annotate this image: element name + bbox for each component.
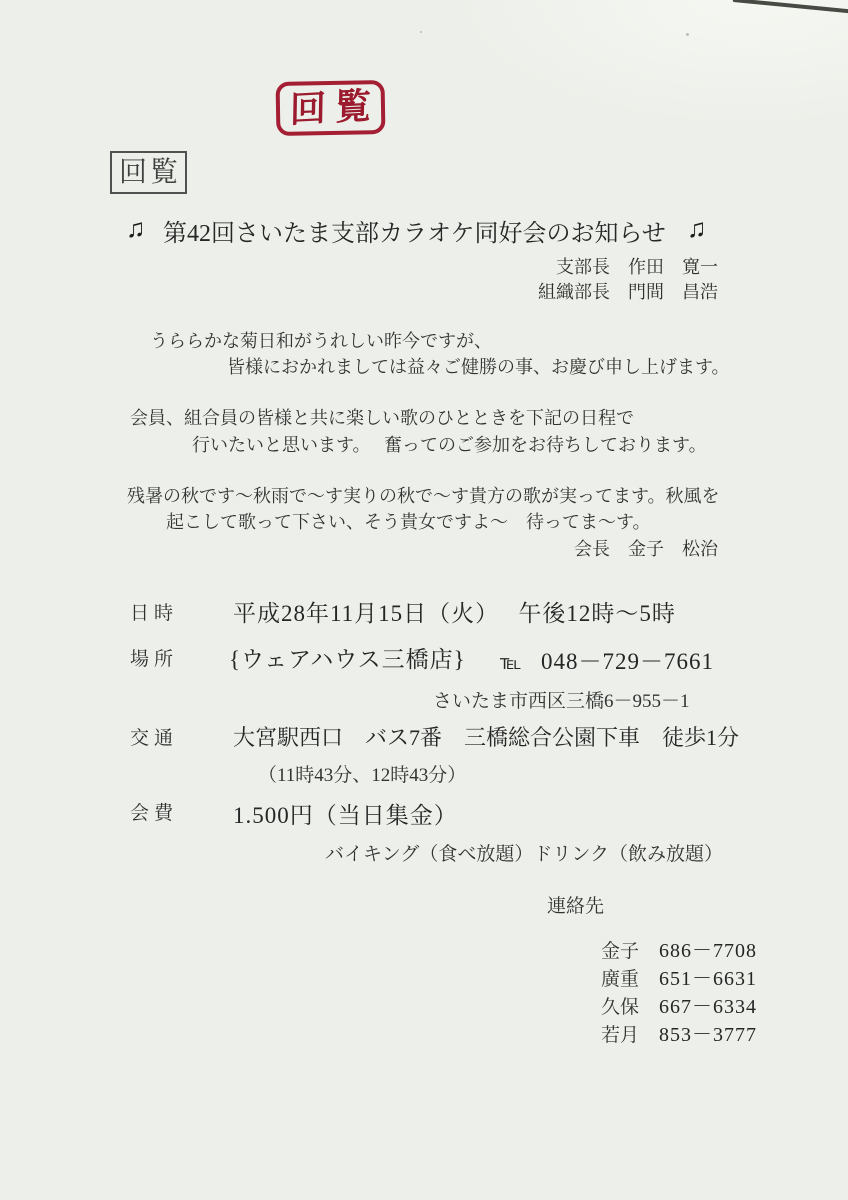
place-value: {ウェアハウス三橋店} bbox=[229, 648, 466, 671]
officer-org-head: 組織部長 門間 昌浩 bbox=[538, 282, 718, 302]
kairan-red-stamp: 回覧 bbox=[276, 80, 386, 136]
place-address: さいたま市西区三橋6－955－1 bbox=[433, 692, 690, 711]
music-note-icon-left: ♫ bbox=[126, 216, 146, 242]
seasonal-line-2: 起こして歌って下さい、そう貴女ですよ～ 待ってま～す。 bbox=[166, 513, 651, 531]
buffet-note: バイキング（食べ放題）ドリンク（飲み放題） bbox=[325, 845, 723, 864]
music-note-icon-right: ♫ bbox=[687, 216, 707, 242]
fee-label: 会費 bbox=[130, 804, 178, 823]
chairman-signature: 会長 金子 松治 bbox=[574, 540, 718, 558]
officer-branch-head: 支部長 作田 寛一 bbox=[556, 257, 718, 277]
greeting-line-2: 皆様におかれましては益々ご健勝の事、お慶び申し上げます。 bbox=[227, 358, 730, 376]
kairan-red-stamp-text: 回覧 bbox=[281, 87, 381, 128]
seasonal-line-1: 残暑の秋です～秋雨で～す実りの秋で～す貴方の歌が実ってます。秋風を bbox=[127, 487, 720, 505]
access-label: 交通 bbox=[130, 729, 178, 748]
contact-phone: 853－3777 bbox=[659, 1024, 757, 1046]
tel-number: 048－729－7661 bbox=[541, 650, 714, 673]
officers-block: 支部長 作田 寛一組織部長 門間 昌浩 bbox=[538, 255, 718, 305]
kairan-routing-box-text: 回覧 bbox=[116, 159, 181, 187]
bus-times: （11時43分、12時43分） bbox=[258, 766, 466, 785]
kairan-routing-box: 回覧 bbox=[110, 151, 187, 194]
contact-row: 若月853－3777 bbox=[585, 1009, 757, 1061]
contacts-heading: 連絡先 bbox=[547, 897, 604, 916]
place-label: 場所 bbox=[130, 650, 178, 669]
datetime-label: 日時 bbox=[130, 604, 178, 623]
tel-symbol: ℡ bbox=[500, 653, 521, 673]
scan-speck bbox=[686, 33, 689, 36]
greeting-line-1: うららかな菊日和がうれしい昨今ですが、 bbox=[150, 332, 492, 350]
invitation-line-2: 行いたいと思います。 奮ってのご参加をお待ちしております。 bbox=[192, 436, 707, 454]
scanned-notice-page: 回覧 回覧 ♫ 第42回さいたま支部カラオケ同好会のお知らせ ♫ 支部長 作田 … bbox=[0, 0, 848, 1200]
invitation-line-1: 会員、組合員の皆様と共に楽しい歌のひとときを下記の日程で bbox=[130, 409, 634, 427]
scan-speck bbox=[420, 31, 422, 33]
notice-title: 第42回さいたま支部カラオケ同好会のお知らせ bbox=[163, 222, 666, 246]
fee-value: 1.500円（当日集金） bbox=[233, 804, 458, 827]
datetime-value: 平成28年11月15日（火） 午後12時～5時 bbox=[233, 602, 676, 625]
access-value: 大宮駅西口 バス7番 三橋総合公園下車 徒歩1分 bbox=[233, 727, 739, 749]
scan-paper-edge-artifact bbox=[733, 0, 848, 14]
contact-name: 若月 bbox=[601, 1026, 659, 1045]
